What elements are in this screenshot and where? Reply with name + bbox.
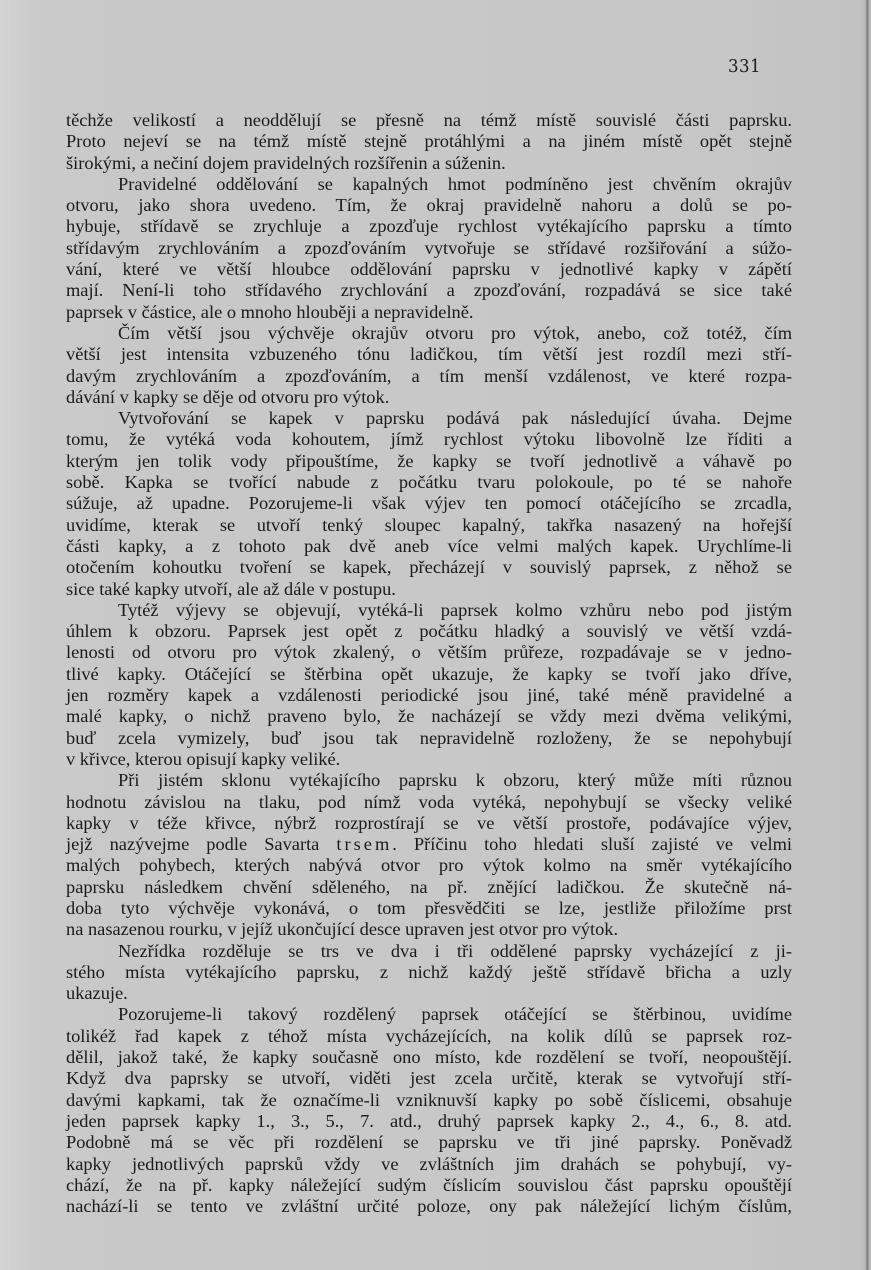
paragraph-first-line: Nezřídka rozděluje se trs ve dva i tři o… <box>66 941 792 962</box>
text-line: tlivé kapky. Otáčející se štěrbina opět … <box>66 664 792 685</box>
text-line: jejž nazývejme podle Savarta trsem. Příč… <box>66 834 792 855</box>
paragraph-first-line: Vytvořování se kapek v paprsku podává pa… <box>66 408 792 429</box>
text-line: chází, že na př. kapky náležející sudým … <box>66 1175 792 1196</box>
text-line: vání, které ve větší hloubce oddělování … <box>66 259 792 280</box>
text-line: sice také kapky utvoří, ale až dále v po… <box>66 579 792 600</box>
text-line: davým zrychlováním a zpozďováním, a tím … <box>66 366 792 387</box>
text-line: těchže velikostí a neoddělují se přesně … <box>66 110 792 131</box>
body-text: těchže velikostí a neoddělují se přesně … <box>66 110 792 1217</box>
text-line: jeden paprsek kapky 1., 3., 5., 7. atd.,… <box>66 1111 792 1132</box>
page-number: 331 <box>728 56 761 77</box>
paragraph-first-line: Tytéž výjevy se objevují, vytéká-li papr… <box>66 600 792 621</box>
book-page: 331 těchže velikostí a neoddělují se pře… <box>0 0 871 1270</box>
paragraph-first-line: Čím větší jsou výchvěje okrajův otvoru p… <box>66 323 792 344</box>
text-line: širokými, a nečiní dojem pravidelných ro… <box>66 153 792 174</box>
text-line: kapky jednotlivých paprsků vždy ve zvláš… <box>66 1154 792 1175</box>
text-line: malé kapky, o nichž praveno bylo, že nac… <box>66 706 792 727</box>
text-line: tomu, že vytéká voda kohoutem, jímž rych… <box>66 429 792 450</box>
text-line: paprsku následkem chvění sděleného, na p… <box>66 877 792 898</box>
text-line: hybuje, střídavě se zrychluje a zpozďuje… <box>66 216 792 237</box>
text-line: lenosti od otvoru pro výtok zkalený, o v… <box>66 642 792 663</box>
emphasized-term: trsem <box>336 834 392 854</box>
text-line: sobě. Kapka se tvořící nabude z počátku … <box>66 472 792 493</box>
text-line: otočením kohoutku tvoření se kapek, přec… <box>66 557 792 578</box>
text-line: mají. Není-li toho střídavého zrychlován… <box>66 280 792 301</box>
text-line: střídavým zrychlováním a zpozďováním vyt… <box>66 238 792 259</box>
text-line: paprsek v částice, ale o mnoho hlouběji … <box>66 302 792 323</box>
text-line: jen rozměry kapek a vzdálenosti periodic… <box>66 685 792 706</box>
text-line: Proto nejeví se na témž místě stejně pro… <box>66 131 792 152</box>
text-line: Když dva paprsky se utvoří, viděti jest … <box>66 1068 792 1089</box>
text-line: Podobně má se věc při rozdělení se paprs… <box>66 1132 792 1153</box>
text-line: malých pohybech, kterých nabývá otvor pr… <box>66 855 792 876</box>
text-line: ukazuje. <box>66 983 792 1004</box>
text-line: tolikéž řad kapek z téhož místa vycházej… <box>66 1026 792 1047</box>
text-line: části kapky, a z tohoto pak dvě aneb víc… <box>66 536 792 557</box>
text-line: davými kapkami, tak že označíme-li vznik… <box>66 1090 792 1111</box>
text-line: v křivce, kterou opisují kapky veliké. <box>66 749 792 770</box>
text-line: otvoru, jako shora uvedeno. Tím, že okra… <box>66 195 792 216</box>
text-line: hodnotu závislou na tlaku, pod nímž voda… <box>66 792 792 813</box>
text-line: buď zcela vymizely, buď jsou tak nepravi… <box>66 728 792 749</box>
paragraph-first-line: Při jistém sklonu vytékajícího paprsku k… <box>66 770 792 791</box>
text-line: úhlem k obzoru. Paprsek jest opět z počá… <box>66 621 792 642</box>
text-line: kapky v téže křivce, nýbrž rozprostírají… <box>66 813 792 834</box>
text-line: uvidíme, kterak se utvoří tenký sloupec … <box>66 515 792 536</box>
text-line: nachází-li se tento ve zvláštní určité p… <box>66 1196 792 1217</box>
text-line: dělil, jakož také, že kapky současně ono… <box>66 1047 792 1068</box>
text-line: kterým jen tolik vody připouštíme, že ka… <box>66 451 792 472</box>
paragraph-first-line: Pravidelné oddělování se kapalných hmot … <box>66 174 792 195</box>
text-line: súžuje, až upadne. Pozorujeme-li však vý… <box>66 493 792 514</box>
text-line: doba tyto výchvěje vykonává, o tom přesv… <box>66 898 792 919</box>
text-line: stého místa vytékajícího paprsku, z nich… <box>66 962 792 983</box>
text-line: na nasazenou rourku, v jejíž ukončující … <box>66 919 792 940</box>
text-line: větší jest intensita vzbuzeného tónu lad… <box>66 344 792 365</box>
paragraph-first-line: Pozorujeme-li takový rozdělený paprsek o… <box>66 1004 792 1025</box>
text-line: dávání v kapky se děje od otvoru pro výt… <box>66 387 792 408</box>
